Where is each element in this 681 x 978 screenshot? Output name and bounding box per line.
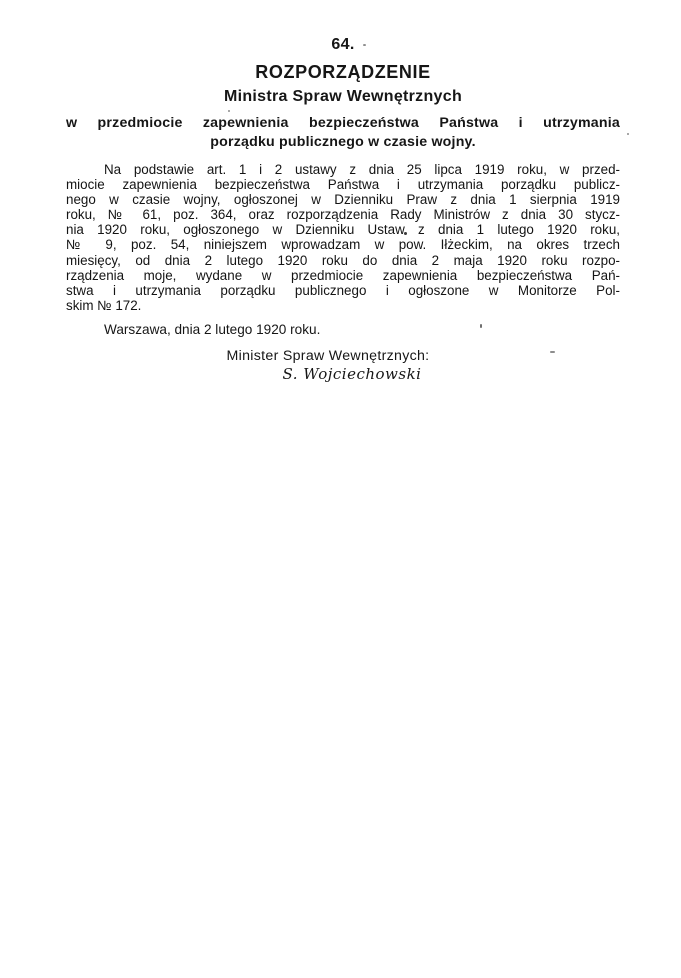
scan-speckle [404,232,407,235]
text-column: 64. ROZPORZĄDZENIE Ministra Spraw Wewnęt… [66,0,620,383]
subject-line: porządku publicznego w czasie wojny. [66,133,620,152]
document-body: Na podstawie art. 1 i 2 ustawy z dnia 25… [66,162,620,313]
signature-name: S. Wojciechowski [75,365,629,383]
scan-speckle [627,133,629,135]
document-number: 64. [66,36,620,54]
document-title: ROZPORZĄDZENIE [66,62,620,82]
body-line: № 9, poz. 54, niniejszem wprowadzam w po… [66,237,620,252]
body-line: Na podstawie art. 1 i 2 ustawy z dnia 25… [66,162,620,177]
subject-line: w przedmiocie zapewnienia bezpieczeństwa… [66,114,620,133]
body-line: rządzenia moje, wydane w przedmiocie zap… [66,268,620,283]
body-line: miesięcy, od dnia 2 lutego 1920 roku do … [66,253,620,268]
scanned-document-page: 64. ROZPORZĄDZENIE Ministra Spraw Wewnęt… [0,0,681,978]
scan-speckle [480,324,482,328]
body-line: nego w czasie wojny, ogłoszonej w Dzienn… [66,192,620,207]
body-line: stwa i utrzymania porządku publicznego i… [66,283,620,298]
body-line: roku, № 61, poz. 364, oraz rozporządzeni… [66,207,620,222]
scan-speckle [228,110,230,112]
place-date-line: Warszawa, dnia 2 lutego 1920 roku. [66,322,620,338]
document-subject: w przedmiocie zapewnienia bezpieczeństwa… [66,114,620,152]
scan-speckle [363,44,366,46]
body-line: miocie zapewnienia bezpieczeństwa Państw… [66,177,620,192]
signature-title: Minister Spraw Wewnętrznych: [51,348,605,364]
scan-speckle [550,351,555,353]
document-subtitle: Ministra Spraw Wewnętrznych [66,88,620,106]
body-line: skim № 172. [66,298,620,313]
body-line: nia 1920 roku, ogłoszonego w Dzienniku U… [66,222,620,237]
